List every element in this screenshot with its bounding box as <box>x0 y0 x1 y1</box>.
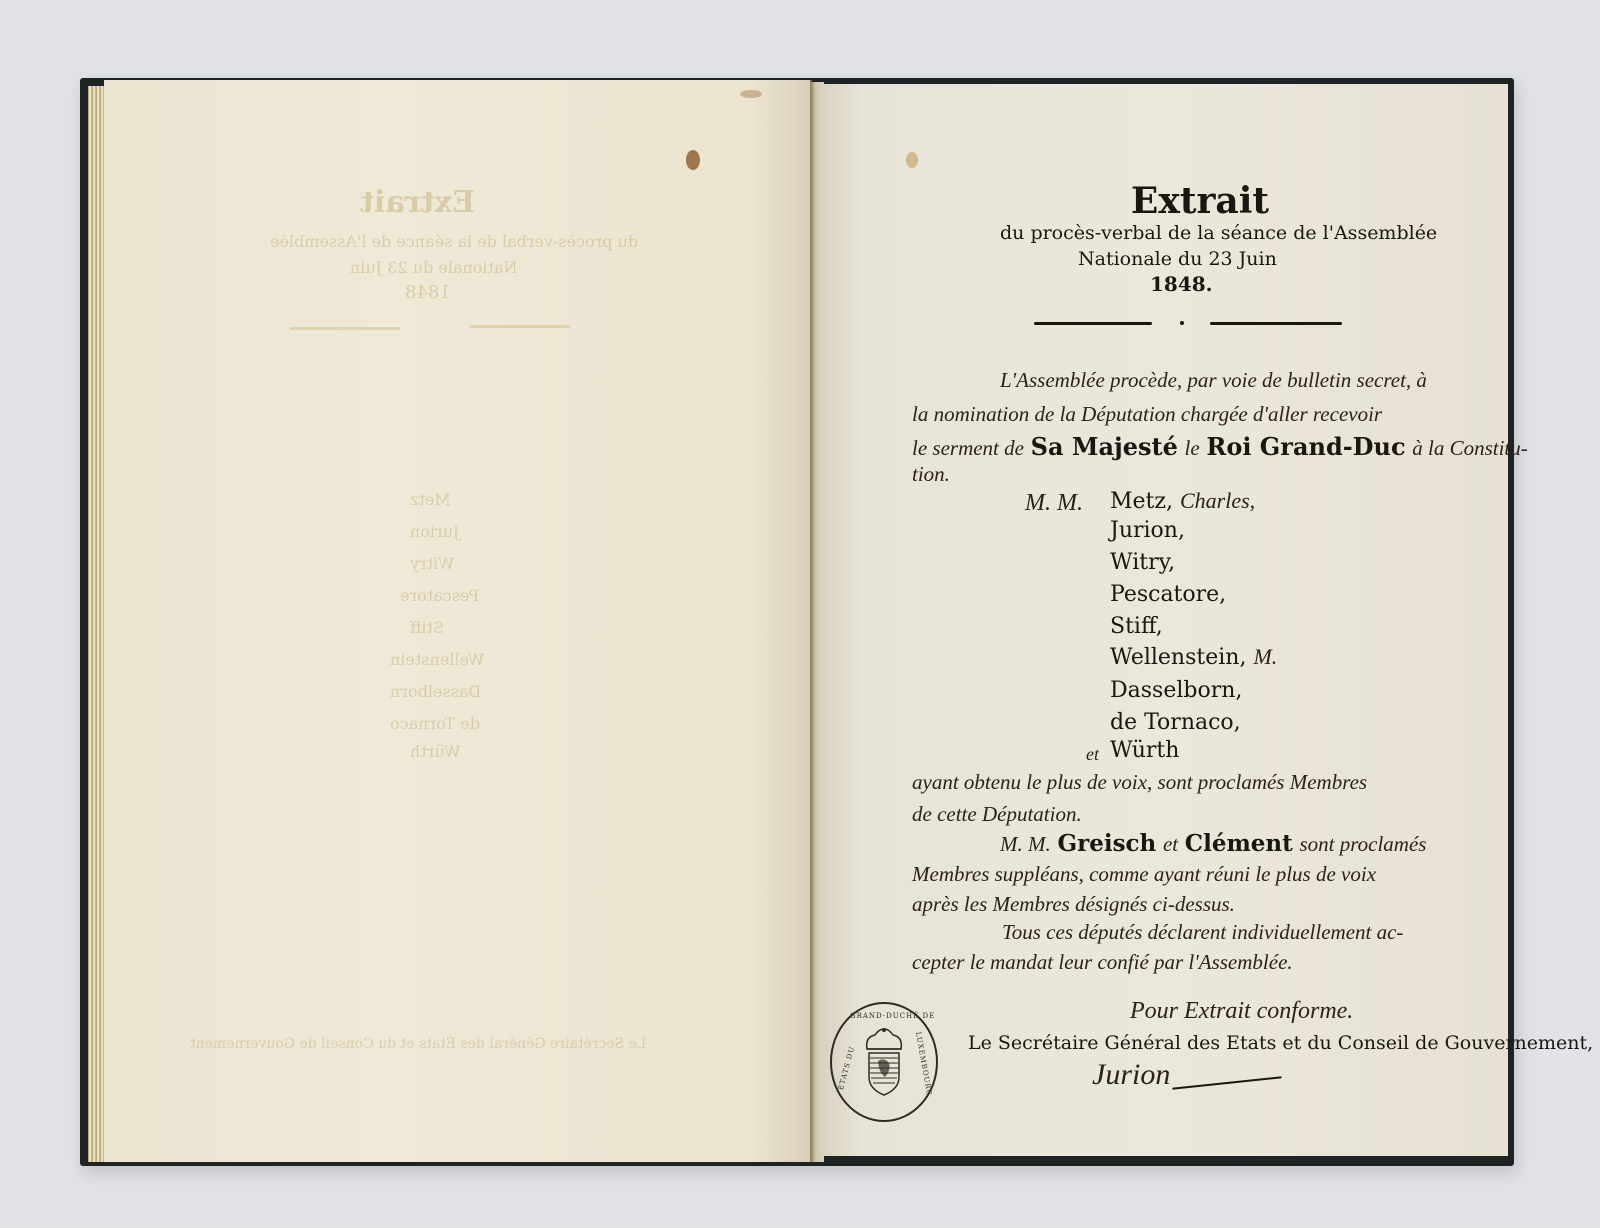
paragraph-3-line-3: après les Membres désignés ci-dessus. <box>912 892 1235 917</box>
bleed-through-name: Pescatore <box>400 586 479 605</box>
grand-duke-text: Roi Grand-Duc <box>1206 432 1405 461</box>
bleed-through-rule <box>470 325 570 328</box>
substitute-name-2: Clément <box>1185 830 1293 857</box>
oath-suffix: à la Constitu- <box>1412 436 1528 460</box>
extract-title: Extrait <box>820 180 1580 222</box>
substitutes-prefix: M. M. <box>1000 832 1051 856</box>
official-seal: GRAND-DUCHÉ DE ETATS DU LUXEMBOURG <box>830 1002 938 1122</box>
seal-text-top: GRAND-DUCHÉ DE <box>850 1012 935 1020</box>
last-member-conjunction: et <box>1086 744 1099 765</box>
paragraph-1-line-2: la nomination de la Députation chargée d… <box>912 402 1382 427</box>
member-name: Wellenstein, <box>1110 645 1246 670</box>
bleed-through-title: Extrait <box>360 185 475 220</box>
foxing-mark <box>906 152 918 168</box>
paragraph-1-line-1: L'Assemblée procède, par voie de bulleti… <box>1000 368 1427 393</box>
paragraph-2-line-2: de cette Députation. <box>912 802 1082 827</box>
paragraph-1-line-4: tion. <box>912 462 950 487</box>
bleed-through-line2: Nationale du 23 Juin <box>350 258 517 277</box>
bleed-through-name: de Tornaco <box>390 714 480 733</box>
bleed-through-name: Wellenstein <box>390 650 484 669</box>
oath-mid: le <box>1185 436 1200 460</box>
foxing-mark <box>740 90 762 98</box>
bleed-through-cursive <box>560 205 567 230</box>
member-entry: Stiff, <box>1110 614 1163 639</box>
closing-formula: Pour Extrait conforme. <box>1130 998 1353 1025</box>
bleed-through-name: Dasselborn <box>390 682 481 701</box>
seal-text-left: ETATS DU <box>837 1045 856 1091</box>
paragraph-2-line-1: ayant obtenu le plus de voix, sont procl… <box>912 770 1367 795</box>
majesty-text: Sa Majesté <box>1031 432 1178 461</box>
member-entry: Wellenstein, M. <box>1110 644 1277 670</box>
member-entry: Metz, Charles, <box>1110 488 1255 514</box>
signatory-title: Le Secrétaire Général des Etats et du Co… <box>968 1032 1593 1054</box>
bleed-through-name: Witry <box>410 554 454 573</box>
heading-year: 1848. <box>1150 272 1213 296</box>
bleed-through-rule <box>290 327 400 330</box>
member-extra: Charles, <box>1180 488 1255 513</box>
heading-line-1: du procès-verbal de la séance de l'Assem… <box>1000 222 1437 244</box>
coat-of-arms-icon <box>861 1027 907 1097</box>
right-page <box>820 84 1508 1156</box>
bleed-through-footer: Le Secrétaire Général des États et du Co… <box>190 1036 646 1052</box>
oath-prefix: le serment de <box>912 436 1024 460</box>
paragraph-4-line-2: cepter le mandat leur confié par l'Assem… <box>912 950 1293 975</box>
substitutes-suffix: sont proclamés <box>1299 832 1426 856</box>
paragraph-3-line-1: M. M. Greisch et Clément sont proclamés <box>1000 830 1426 857</box>
member-entry: Witry, <box>1110 550 1175 575</box>
bleed-through-name: Jurion <box>410 522 459 541</box>
paragraph-3-line-2: Membres suppléans, comme ayant réuni le … <box>912 862 1376 887</box>
bleed-through-name: Würth <box>410 742 460 761</box>
bleed-through-name: Stiff <box>410 618 444 637</box>
paragraph-4-line-1: Tous ces députés déclarent individuellem… <box>1002 920 1403 945</box>
member-name: Metz, <box>1110 489 1173 514</box>
member-extra: M. <box>1253 644 1277 669</box>
heading-line-2: Nationale du 23 Juin <box>1078 248 1277 270</box>
signature: Jurion <box>1092 1058 1170 1092</box>
member-entry: Pescatore, <box>1110 582 1226 607</box>
seal-text-right: LUXEMBOURG <box>914 1031 933 1097</box>
substitute-name-1: Greisch <box>1057 830 1156 857</box>
member-entry: Dasselborn, <box>1110 678 1242 703</box>
paragraph-1-line-3: le serment de Sa Majesté le Roi Grand-Du… <box>912 432 1528 461</box>
substitutes-conj: et <box>1163 832 1178 856</box>
members-prefix: M. M. <box>1025 490 1083 517</box>
member-entry: Jurion, <box>1110 518 1185 543</box>
heading-rule-right <box>1210 322 1342 325</box>
bleed-through-year: 1848 <box>405 282 451 303</box>
member-entry: Würth <box>1110 738 1179 763</box>
bleed-through-name: Metz <box>410 490 451 509</box>
bleed-through-line1: du procès-verbal de la séance de l'Assem… <box>270 232 638 251</box>
heading-rule-dot <box>1180 321 1184 325</box>
member-entry: de Tornaco, <box>1110 710 1241 735</box>
ink-stain <box>686 150 700 170</box>
heading-rule-left <box>1034 322 1152 325</box>
